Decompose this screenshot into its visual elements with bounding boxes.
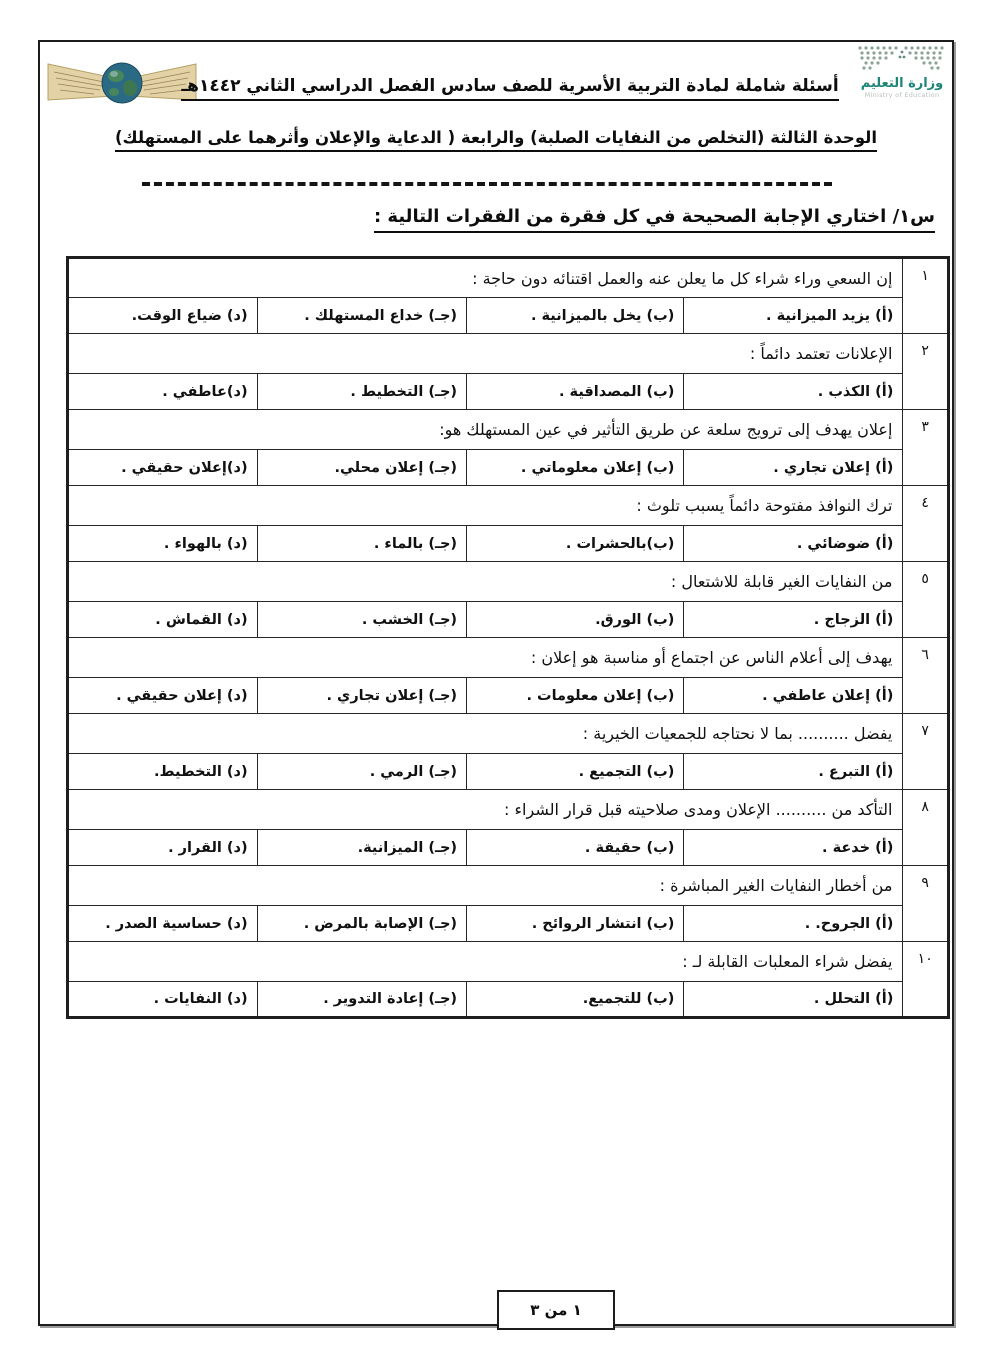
option-a: (أ) خدعة . bbox=[684, 830, 903, 866]
question-number: ٤ bbox=[903, 486, 949, 562]
option-a: (أ) ضوضائي . bbox=[684, 526, 903, 562]
option-b: (ب) يخل بالميزانية . bbox=[467, 298, 684, 334]
question-number: ٣ bbox=[903, 410, 949, 486]
option-d: (د)إعلان حقيقي . bbox=[68, 450, 258, 486]
option-b: (ب) حقيقة . bbox=[467, 830, 684, 866]
options-row: (أ) إعلان تجاري . (ب) إعلان معلوماتي . (… bbox=[68, 450, 949, 486]
option-d: (د) بالهواء . bbox=[68, 526, 258, 562]
option-d: (د) ضياع الوقت. bbox=[68, 298, 258, 334]
option-a: (أ) يزيد الميزانية . bbox=[684, 298, 903, 334]
option-c: (جـ) خداع المستهلك . bbox=[257, 298, 466, 334]
question-text: ترك النوافذ مفتوحة دائماً يسبب تلوث : bbox=[68, 486, 903, 526]
document-title: أسئلة شاملة لمادة التربية الأسرية للصف س… bbox=[150, 76, 870, 96]
option-b: (ب) إعلان معلومات . bbox=[467, 678, 684, 714]
options-row: (أ) التبرع . (ب) التجميع . (جـ) الرمي . … bbox=[68, 754, 949, 790]
option-c: (جـ) بالماء . bbox=[257, 526, 466, 562]
document-title-text: أسئلة شاملة لمادة التربية الأسرية للصف س… bbox=[181, 76, 838, 101]
option-a: (أ) الكذب . bbox=[684, 374, 903, 410]
options-row: (أ) إعلان عاطفي . (ب) إعلان معلومات . (ج… bbox=[68, 678, 949, 714]
option-c: (جـ) التخطيط . bbox=[257, 374, 466, 410]
option-d: (د) النفايات . bbox=[68, 982, 258, 1018]
options-row: (أ) يزيد الميزانية . (ب) يخل بالميزانية … bbox=[68, 298, 949, 334]
question-row: ٢ الإعلانات تعتمد دائماً : bbox=[68, 334, 949, 374]
option-a: (أ) إعلان عاطفي . bbox=[684, 678, 903, 714]
question-row: ٣ إعلان يهدف إلى ترويج سلعة عن طريق التأ… bbox=[68, 410, 949, 450]
options-row: (أ) الزجاج . (ب) الورق. (جـ) الخشب . (د)… bbox=[68, 602, 949, 638]
document-subtitle: الوحدة الثالثة (التخلص من النفايات الصلب… bbox=[40, 128, 952, 147]
option-b: (ب)بالحشرات . bbox=[467, 526, 684, 562]
option-b: (ب) المصداقية . bbox=[467, 374, 684, 410]
option-b: (ب) إعلان معلوماتي . bbox=[467, 450, 684, 486]
option-c: (جـ) الإصابة بالمرض . bbox=[257, 906, 466, 942]
question-text: إن السعي وراء شراء كل ما يعلن عنه والعمل… bbox=[68, 258, 903, 298]
question-number: ٦ bbox=[903, 638, 949, 714]
question-text: من أخطار النفايات الغير المباشرة : bbox=[68, 866, 903, 906]
options-row: (أ) التحلل . (ب) للتجميع. (جـ) إعادة الت… bbox=[68, 982, 949, 1018]
question-text: يفضل .......... بما لا نحتاجه للجمعيات ا… bbox=[68, 714, 903, 754]
question-text: يفضل شراء المعلبات القابلة لـ : bbox=[68, 942, 903, 982]
option-d: (د) التخطيط. bbox=[68, 754, 258, 790]
question-number: ٩ bbox=[903, 866, 949, 942]
option-c: (جـ) إعلان محلي. bbox=[257, 450, 466, 486]
options-row: (أ) الجروح. . (ب) انتشار الروائح . (جـ) … bbox=[68, 906, 949, 942]
option-b: (ب) التجميع . bbox=[467, 754, 684, 790]
option-d: (د) إعلان حقيقي . bbox=[68, 678, 258, 714]
option-d: (د) القرار . bbox=[68, 830, 258, 866]
question-number: ١٠ bbox=[903, 942, 949, 1018]
question-text: الإعلانات تعتمد دائماً : bbox=[68, 334, 903, 374]
option-b: (ب) الورق. bbox=[467, 602, 684, 638]
options-row: (أ) الكذب . (ب) المصداقية . (جـ) التخطيط… bbox=[68, 374, 949, 410]
option-a: (أ) الزجاج . bbox=[684, 602, 903, 638]
option-a: (أ) الجروح. . bbox=[684, 906, 903, 942]
option-d: (د)عاطفي . bbox=[68, 374, 258, 410]
question-number: ٧ bbox=[903, 714, 949, 790]
question-prompt: س١/ اختاري الإجابة الصحيحة في كل فقرة من… bbox=[374, 206, 935, 227]
option-d: (د) القماش . bbox=[68, 602, 258, 638]
question-number: ٨ bbox=[903, 790, 949, 866]
option-c: (جـ) الرمي . bbox=[257, 754, 466, 790]
page-number-box: ١ من ٣ bbox=[497, 1290, 615, 1330]
option-c: (جـ) إعادة التدوير . bbox=[257, 982, 466, 1018]
question-row: ٩ من أخطار النفايات الغير المباشرة : bbox=[68, 866, 949, 906]
option-c: (جـ) إعلان تجاري . bbox=[257, 678, 466, 714]
question-number: ٢ bbox=[903, 334, 949, 410]
option-b: (ب) انتشار الروائح . bbox=[467, 906, 684, 942]
question-row: ١ إن السعي وراء شراء كل ما يعلن عنه والع… bbox=[68, 258, 949, 298]
question-row: ٨ التأكد من .......... الإعلان ومدى صلاح… bbox=[68, 790, 949, 830]
option-c: (جـ) الميزانية. bbox=[257, 830, 466, 866]
option-a: (أ) التحلل . bbox=[684, 982, 903, 1018]
document-page: وزارة التعليم Ministry of Education أسئل… bbox=[0, 0, 992, 1370]
question-text: من النفايات الغير قابلة للاشتعال : bbox=[68, 562, 903, 602]
question-row: ٥ من النفايات الغير قابلة للاشتعال : bbox=[68, 562, 949, 602]
question-row: ٤ ترك النوافذ مفتوحة دائماً يسبب تلوث : bbox=[68, 486, 949, 526]
question-row: ٦ يهدف إلى أعلام الناس عن اجتماع أو مناس… bbox=[68, 638, 949, 678]
question-text: إعلان يهدف إلى ترويج سلعة عن طريق التأثي… bbox=[68, 410, 903, 450]
option-c: (جـ) الخشب . bbox=[257, 602, 466, 638]
options-row: (أ) خدعة . (ب) حقيقة . (جـ) الميزانية. (… bbox=[68, 830, 949, 866]
option-d: (د) حساسية الصدر . bbox=[68, 906, 258, 942]
options-row: (أ) ضوضائي . (ب)بالحشرات . (جـ) بالماء .… bbox=[68, 526, 949, 562]
question-row: ١٠ يفضل شراء المعلبات القابلة لـ : bbox=[68, 942, 949, 982]
question-prompt-text: س١/ اختاري الإجابة الصحيحة في كل فقرة من… bbox=[374, 206, 935, 233]
ministry-emblem-icon bbox=[858, 44, 946, 74]
option-a: (أ) التبرع . bbox=[684, 754, 903, 790]
document-subtitle-text: الوحدة الثالثة (التخلص من النفايات الصلب… bbox=[115, 128, 877, 152]
dashed-divider bbox=[142, 182, 832, 186]
question-number: ١ bbox=[903, 258, 949, 334]
option-a: (أ) إعلان تجاري . bbox=[684, 450, 903, 486]
option-b: (ب) للتجميع. bbox=[467, 982, 684, 1018]
question-text: التأكد من .......... الإعلان ومدى صلاحيت… bbox=[68, 790, 903, 830]
question-text: يهدف إلى أعلام الناس عن اجتماع أو مناسبة… bbox=[68, 638, 903, 678]
question-number: ٥ bbox=[903, 562, 949, 638]
question-row: ٧ يفضل .......... بما لا نحتاجه للجمعيات… bbox=[68, 714, 949, 754]
quiz-table: ١ إن السعي وراء شراء كل ما يعلن عنه والع… bbox=[66, 256, 950, 1019]
